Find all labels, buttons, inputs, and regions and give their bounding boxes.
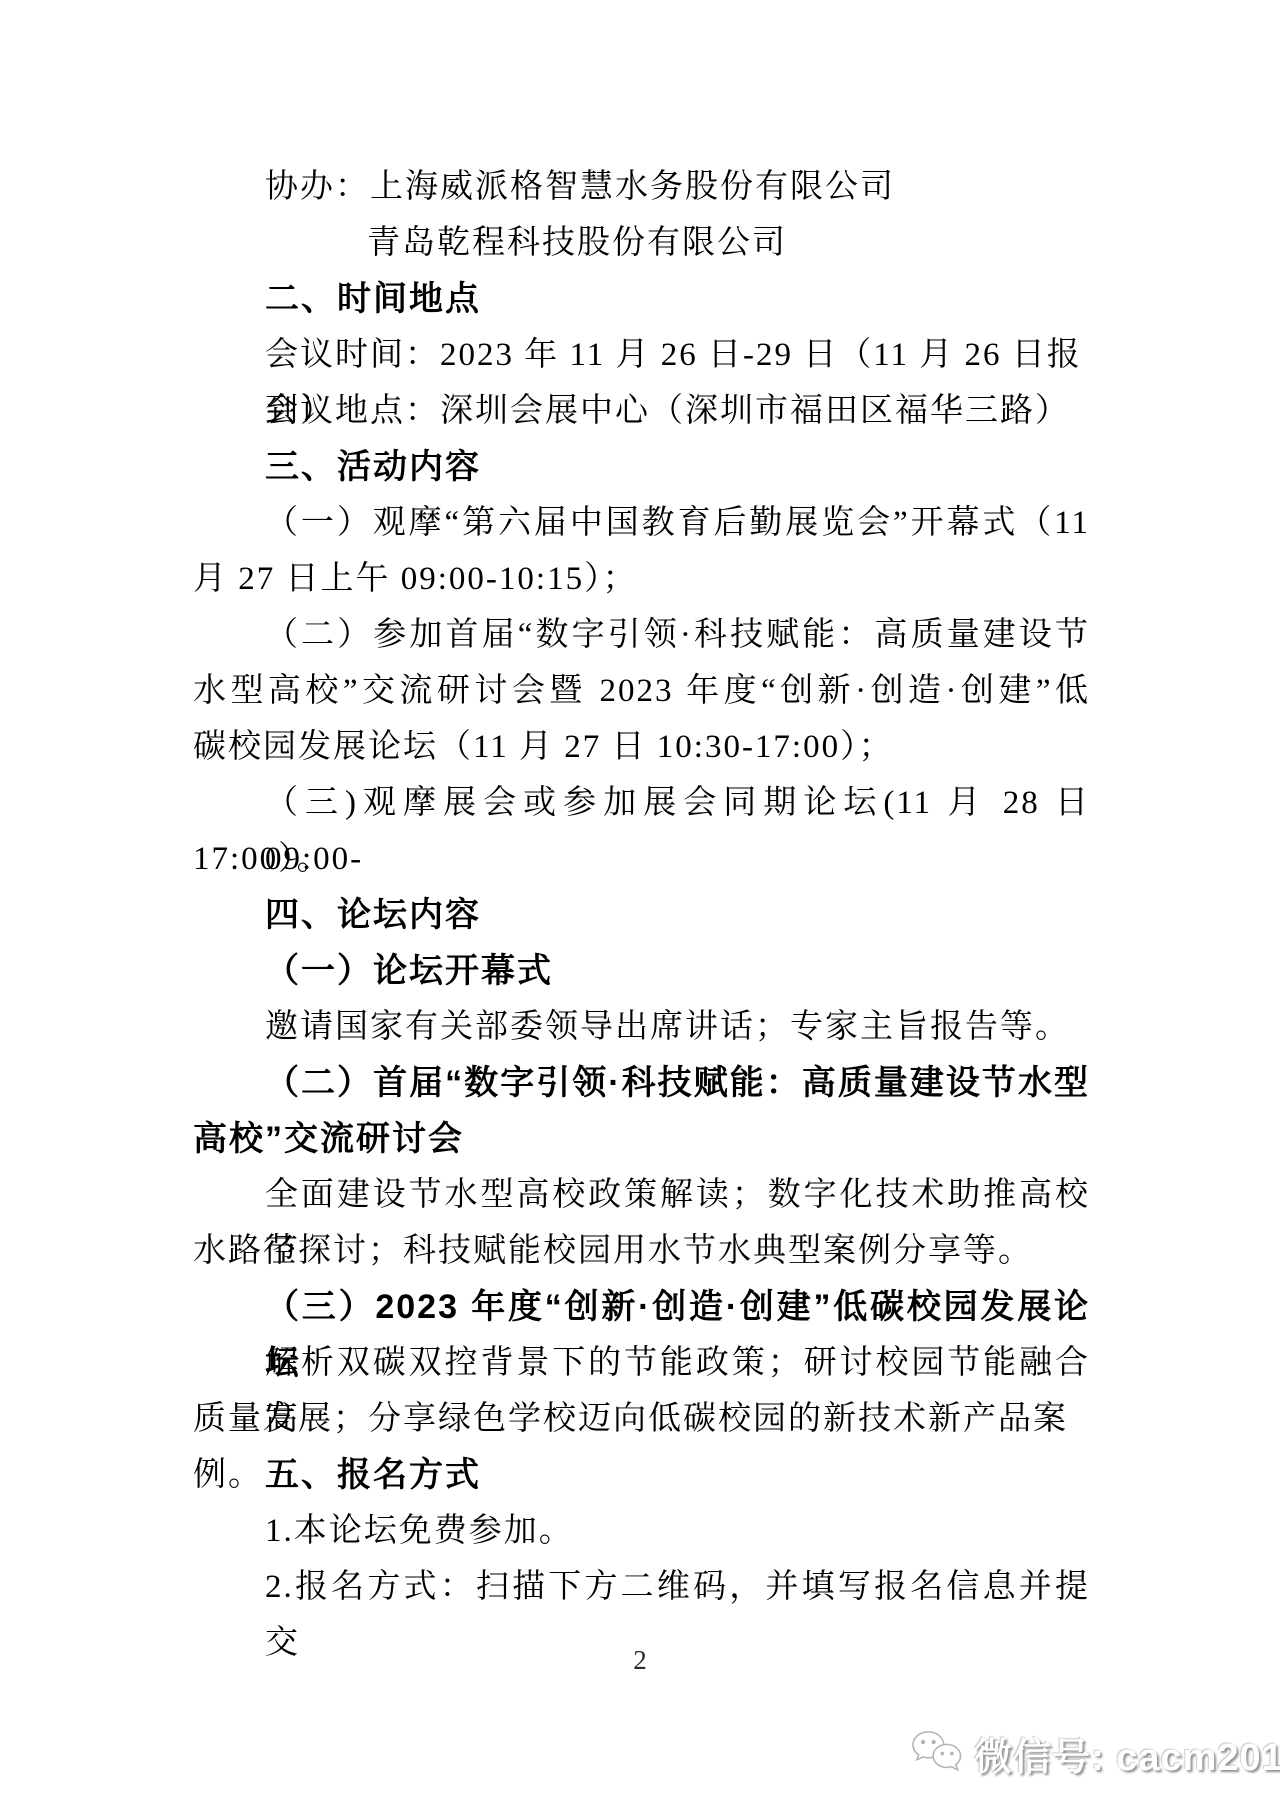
document-line: 质量发展；分享绿色学校迈向低碳校园的新技术新产品案例。: [193, 1391, 1090, 1447]
document-page: 协办：上海威派格智慧水务股份有限公司青岛乾程科技股份有限公司二、时间地点会议时间…: [0, 0, 1280, 1809]
document-line: 1.本论坛免费参加。: [193, 1503, 1090, 1559]
document-line: （二）参加首届“数字引领·科技赋能：高质量建设节: [193, 607, 1090, 663]
document-line: 解析双碳双控背景下的节能政策；研讨校园节能融合高: [193, 1335, 1090, 1391]
document-line: 全面建设节水型高校政策解读；数字化技术助推高校节: [193, 1167, 1090, 1223]
wechat-icon: [908, 1729, 966, 1779]
document-line: 四、论坛内容: [193, 887, 1090, 943]
document-line: 五、报名方式: [193, 1447, 1090, 1503]
document-line: 邀请国家有关部委领导出席讲话；专家主旨报告等。: [193, 999, 1090, 1055]
document-line: 会议地点：深圳会展中心（深圳市福田区福华三路）: [193, 383, 1090, 439]
document-line: 三、活动内容: [193, 439, 1090, 495]
document-line: （二）首届“数字引领·科技赋能：高质量建设节水型: [193, 1055, 1090, 1111]
document-line: （三)观摩展会或参加展会同期论坛(11 月 28 日 09:00-: [193, 775, 1090, 831]
document-line: 高校”交流研讨会: [193, 1111, 1090, 1167]
document-line: 会议时间：2023 年 11 月 26 日-29 日（11 月 26 日报到）: [193, 327, 1090, 383]
document-line: 水路径探讨；科技赋能校园用水节水典型案例分享等。: [193, 1223, 1090, 1279]
document-line: 2.报名方式：扫描下方二维码，并填写报名信息并提交: [193, 1559, 1090, 1615]
document-body: 协办：上海威派格智慧水务股份有限公司青岛乾程科技股份有限公司二、时间地点会议时间…: [193, 159, 1090, 1615]
document-line: 17:00）。: [193, 831, 1090, 887]
document-line: 协办：上海威派格智慧水务股份有限公司: [193, 159, 1090, 215]
document-line: 水型高校”交流研讨会暨 2023 年度“创新·创造·创建”低: [193, 663, 1090, 719]
document-line: 青岛乾程科技股份有限公司: [193, 215, 1090, 271]
document-line: 碳校园发展论坛（11 月 27 日 10:30-17:00）；: [193, 719, 1090, 775]
document-line: 二、时间地点: [193, 271, 1090, 327]
document-line: （三）2023 年度“创新·创造·创建”低碳校园发展论坛: [193, 1279, 1090, 1335]
document-line: 月 27 日上午 09:00-10:15）；: [193, 551, 1090, 607]
document-line: （一）观摩“第六届中国教育后勤展览会”开幕式（11: [193, 495, 1090, 551]
document-line: （一）论坛开幕式: [193, 943, 1090, 999]
watermark: 微信号: cacm2013: [908, 1726, 1280, 1781]
watermark-text: 微信号: cacm2013: [974, 1726, 1280, 1781]
page-number: 2: [0, 1645, 1280, 1676]
